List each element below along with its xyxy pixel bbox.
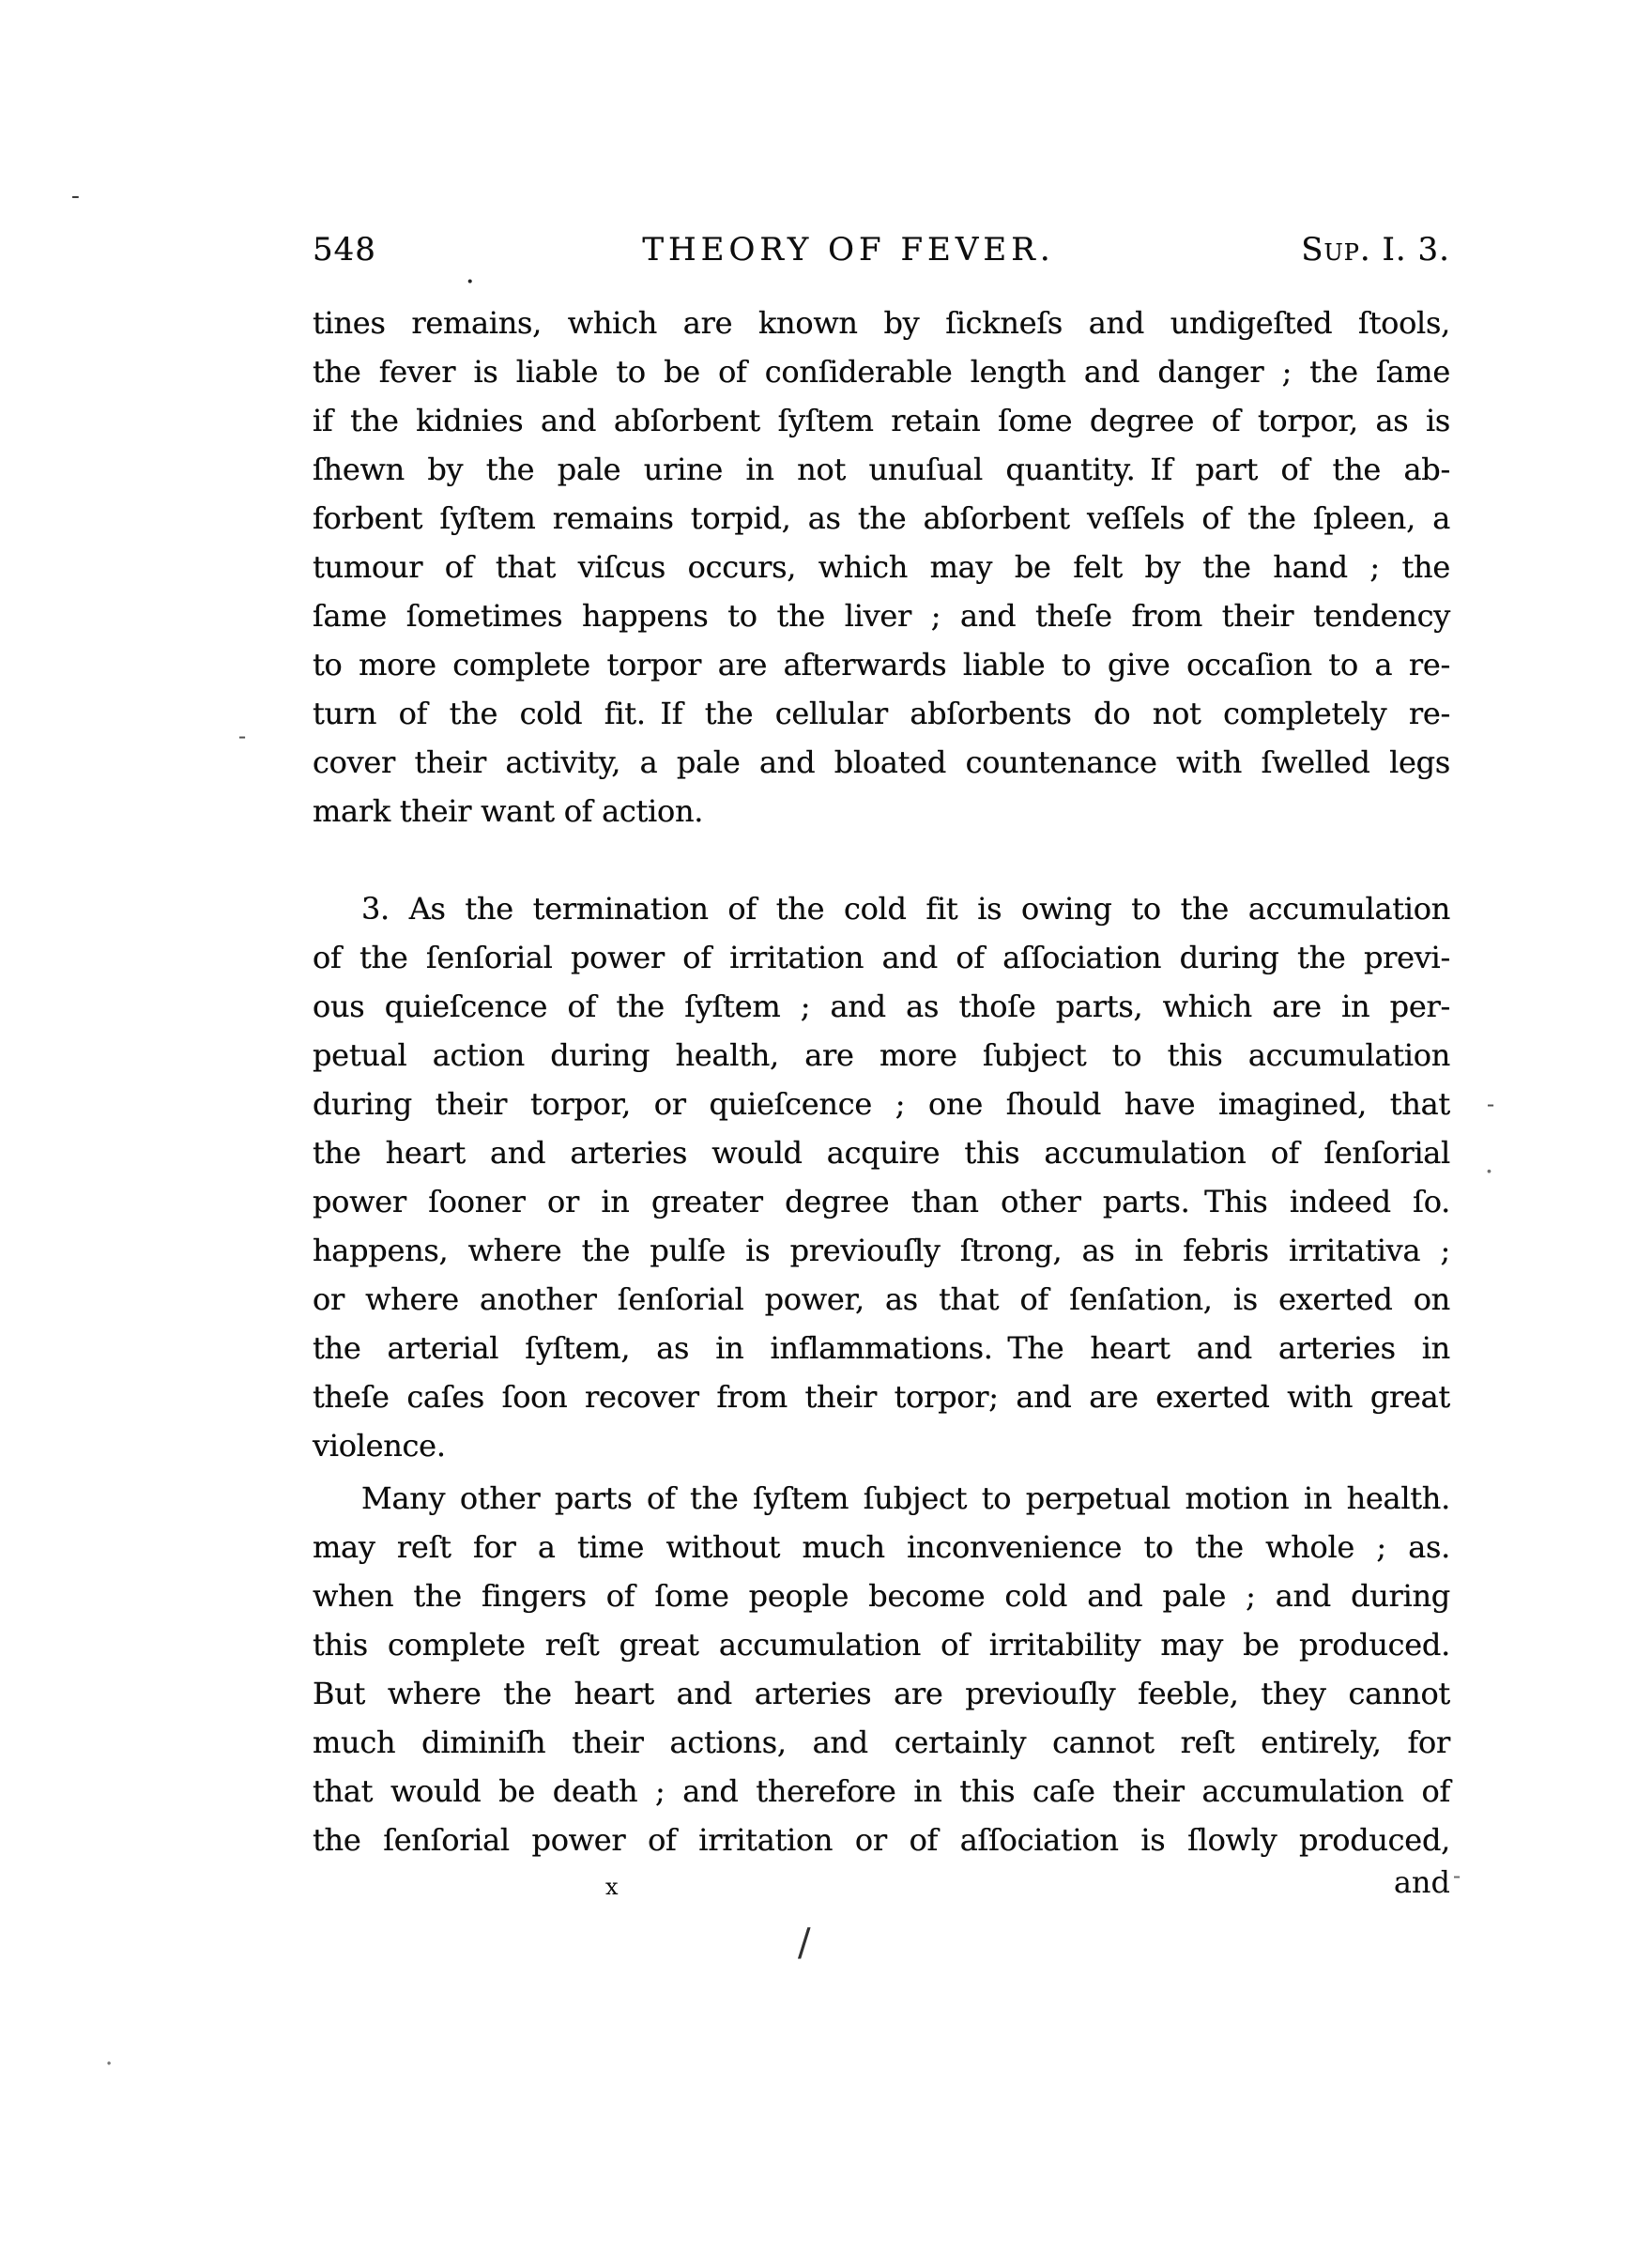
- body-text: tines remains, which are known by ſickne…: [313, 299, 1450, 1864]
- paragraph: tines remains, which are known by ſickne…: [313, 299, 1450, 835]
- scan-speck: -: [1487, 1093, 1494, 1115]
- scan-speck: -: [238, 725, 246, 747]
- text-line: happens, where the pulſe is previouſly ſ…: [313, 1226, 1450, 1275]
- catchword: and: [1394, 1864, 1450, 1900]
- signature-mark: x: [605, 1874, 619, 1900]
- text-line: the heart and arteries would acquire thi…: [313, 1128, 1450, 1177]
- text-line: the ſenſorial power of irritation or of …: [313, 1816, 1450, 1864]
- text-line: if the kidnies and abſorbent ſyſtem reta…: [313, 396, 1450, 445]
- scan-speck: -: [1453, 1864, 1461, 1887]
- text-line: cover their activity, a pale and bloated…: [313, 738, 1450, 787]
- text-line: ſhewn by the pale urine in not unuſual q…: [313, 445, 1450, 494]
- catchword-row: x and: [313, 1864, 1450, 1913]
- text-line: or where another ſenſorial power, as tha…: [313, 1275, 1450, 1324]
- text-line: during their torpor, or quieſcence ; one…: [313, 1080, 1450, 1128]
- book-page: 548 THEORY OF FEVER. Sup. I. 3. tines re…: [0, 0, 1652, 2253]
- text-line: Many other parts of the ſyſtem ſubject t…: [313, 1474, 1450, 1523]
- text-line: forbent ſyſtem remains torpid, as the ab…: [313, 494, 1450, 543]
- text-line: to more complete torpor are afterwards l…: [313, 640, 1450, 689]
- text-line: ous quieſcence of the ſyſtem ; and as th…: [313, 982, 1450, 1031]
- text-line: the arterial ſyſtem, as in inflammations…: [313, 1324, 1450, 1372]
- scan-speck: .: [1485, 1151, 1493, 1177]
- text-line: tumour of that viſcus occurs, which may …: [313, 543, 1450, 591]
- scan-speck: /: [798, 1924, 810, 1962]
- text-line: of the ſenſorial power of irritation and…: [313, 933, 1450, 982]
- text-line: 3. As the termination of the cold fit is…: [313, 884, 1450, 933]
- text-column: 548 THEORY OF FEVER. Sup. I. 3. tines re…: [313, 231, 1450, 1913]
- text-line: when the fingers of ſome people become c…: [313, 1571, 1450, 1620]
- text-line: the fever is liable to be of conſiderabl…: [313, 347, 1450, 396]
- section-reference: Sup. I. 3.: [1300, 231, 1450, 268]
- text-line: mark their want of action.: [313, 787, 1450, 835]
- text-line: ſame ſometimes happens to the liver ; an…: [313, 591, 1450, 640]
- text-line: may reſt for a time without much inconve…: [313, 1523, 1450, 1571]
- paragraph: Many other parts of the ſyſtem ſubject t…: [313, 1474, 1450, 1864]
- text-line: petual action during health, are more ſu…: [313, 1031, 1450, 1080]
- running-title: THEORY OF FEVER.: [642, 231, 1054, 268]
- text-line: theſe caſes ſoon recover from their torp…: [313, 1372, 1450, 1421]
- text-line: this complete reſt great accumulation of…: [313, 1620, 1450, 1669]
- scan-speck: ·: [105, 2052, 113, 2077]
- text-line: violence.: [313, 1421, 1450, 1470]
- text-line: turn of the cold fit. If the cellular ab…: [313, 689, 1450, 738]
- text-line: tines remains, which are known by ſickne…: [313, 299, 1450, 347]
- text-line: much diminiſh their actions, and certain…: [313, 1718, 1450, 1767]
- paragraph: 3. As the termination of the cold fit is…: [313, 884, 1450, 1470]
- text-line: But where the heart and arteries are pre…: [313, 1669, 1450, 1718]
- text-line: that would be death ; and therefore in t…: [313, 1767, 1450, 1816]
- running-head: 548 THEORY OF FEVER. Sup. I. 3.: [313, 231, 1450, 274]
- page-number: 548: [313, 231, 397, 268]
- scan-speck: -: [71, 184, 80, 208]
- text-line: power ſooner or in greater degree than o…: [313, 1177, 1450, 1226]
